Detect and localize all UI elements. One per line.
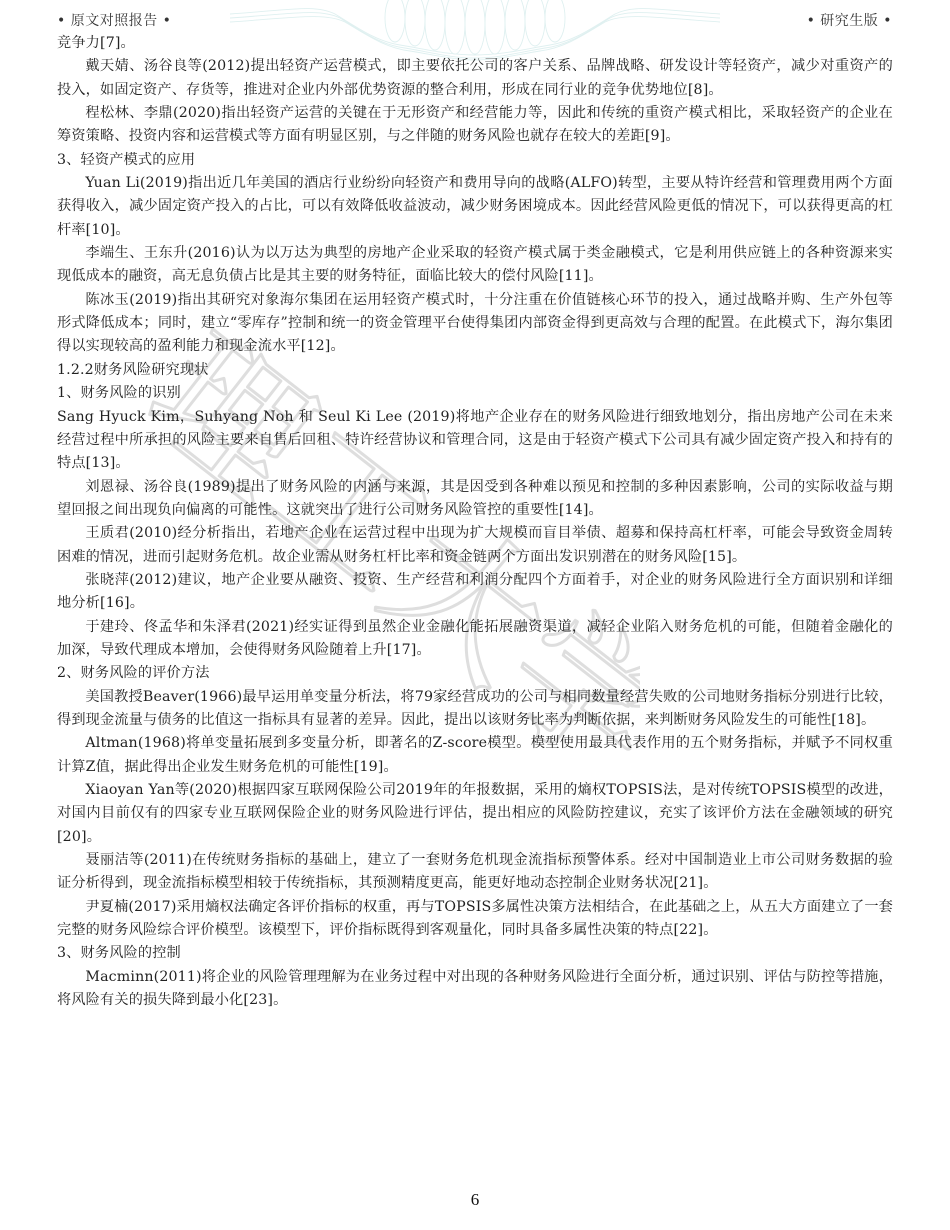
paragraph: Sang Hyuck Kim，Suhyang Noh 和 Seul Ki Lee… bbox=[57, 406, 893, 476]
paragraph: 陈冰玉(2019)指出其研究对象海尔集团在运用轻资产模式时，十分注重在价值链核心… bbox=[57, 289, 893, 359]
header-edition-label: • 研究生版 • bbox=[807, 10, 892, 30]
paragraph: 聂丽洁等(2011)在传统财务指标的基础上，建立了一套财务危机现金流指标预警体系… bbox=[57, 849, 893, 896]
paragraph: 于建玲、佟孟华和朱泽君(2021)经实证得到虽然企业金融化能拓展融资渠道，减轻企… bbox=[57, 616, 893, 663]
document-body: 竞争力[7]。戴天婧、汤谷良等(2012)提出轻资产运营模式，即主要依托公司的客… bbox=[57, 32, 893, 1012]
page-number: 6 bbox=[0, 1190, 950, 1210]
paragraph: Altman(1968)将单变量拓展到多变量分析，即著名的Z-score模型。模… bbox=[57, 732, 893, 779]
paragraph: 张晓萍(2012)建议，地产企业要从融资、投资、生产经营和利润分配四个方面着手，… bbox=[57, 569, 893, 616]
section-heading: 1.2.2财务风险研究现状 bbox=[57, 359, 893, 382]
paragraph: 刘恩禄、汤谷良(1989)提出了财务风险的内涵与来源，其是因受到各种难以预见和控… bbox=[57, 476, 893, 523]
section-heading: 1、财务风险的识别 bbox=[57, 382, 893, 405]
paragraph: 竞争力[7]。 bbox=[57, 32, 893, 55]
header-report-label: • 原文对照报告 • bbox=[57, 10, 171, 30]
paragraph: Xiaoyan Yan等(2020)根据四家互联网保险公司2019年的年报数据，… bbox=[57, 779, 893, 849]
paragraph: Macminn(2011)将企业的风险管理理解为在业务过程中对出现的各种财务风险… bbox=[57, 966, 893, 1013]
section-heading: 2、财务风险的评价方法 bbox=[57, 662, 893, 685]
paragraph: Yuan Li(2019)指出近几年美国的酒店行业纷纷向轻资产和费用导向的战略(… bbox=[57, 172, 893, 242]
paragraph: 王质君(2010)经分析指出，若地产企业在运营过程中出现为扩大规模而盲目举债、超… bbox=[57, 522, 893, 569]
paragraph: 程松林、李鼎(2020)指出轻资产运营的关键在于无形资产和经营能力等，因此和传统… bbox=[57, 102, 893, 149]
paragraph: 美国教授Beaver(1966)最早运用单变量分析法，将79家经营成功的公司与相… bbox=[57, 686, 893, 733]
paragraph: 李端生、王东升(2016)认为以万达为典型的房地产企业采取的轻资产模式属于类金融… bbox=[57, 242, 893, 289]
paragraph: 尹夏楠(2017)采用熵权法确定各评价指标的权重，再与TOPSIS多属性决策方法… bbox=[57, 896, 893, 943]
section-heading: 3、轻资产模式的应用 bbox=[57, 149, 893, 172]
section-heading: 3、财务风险的控制 bbox=[57, 942, 893, 965]
paragraph: 戴天婧、汤谷良等(2012)提出轻资产运营模式，即主要依托公司的客户关系、品牌战… bbox=[57, 55, 893, 102]
